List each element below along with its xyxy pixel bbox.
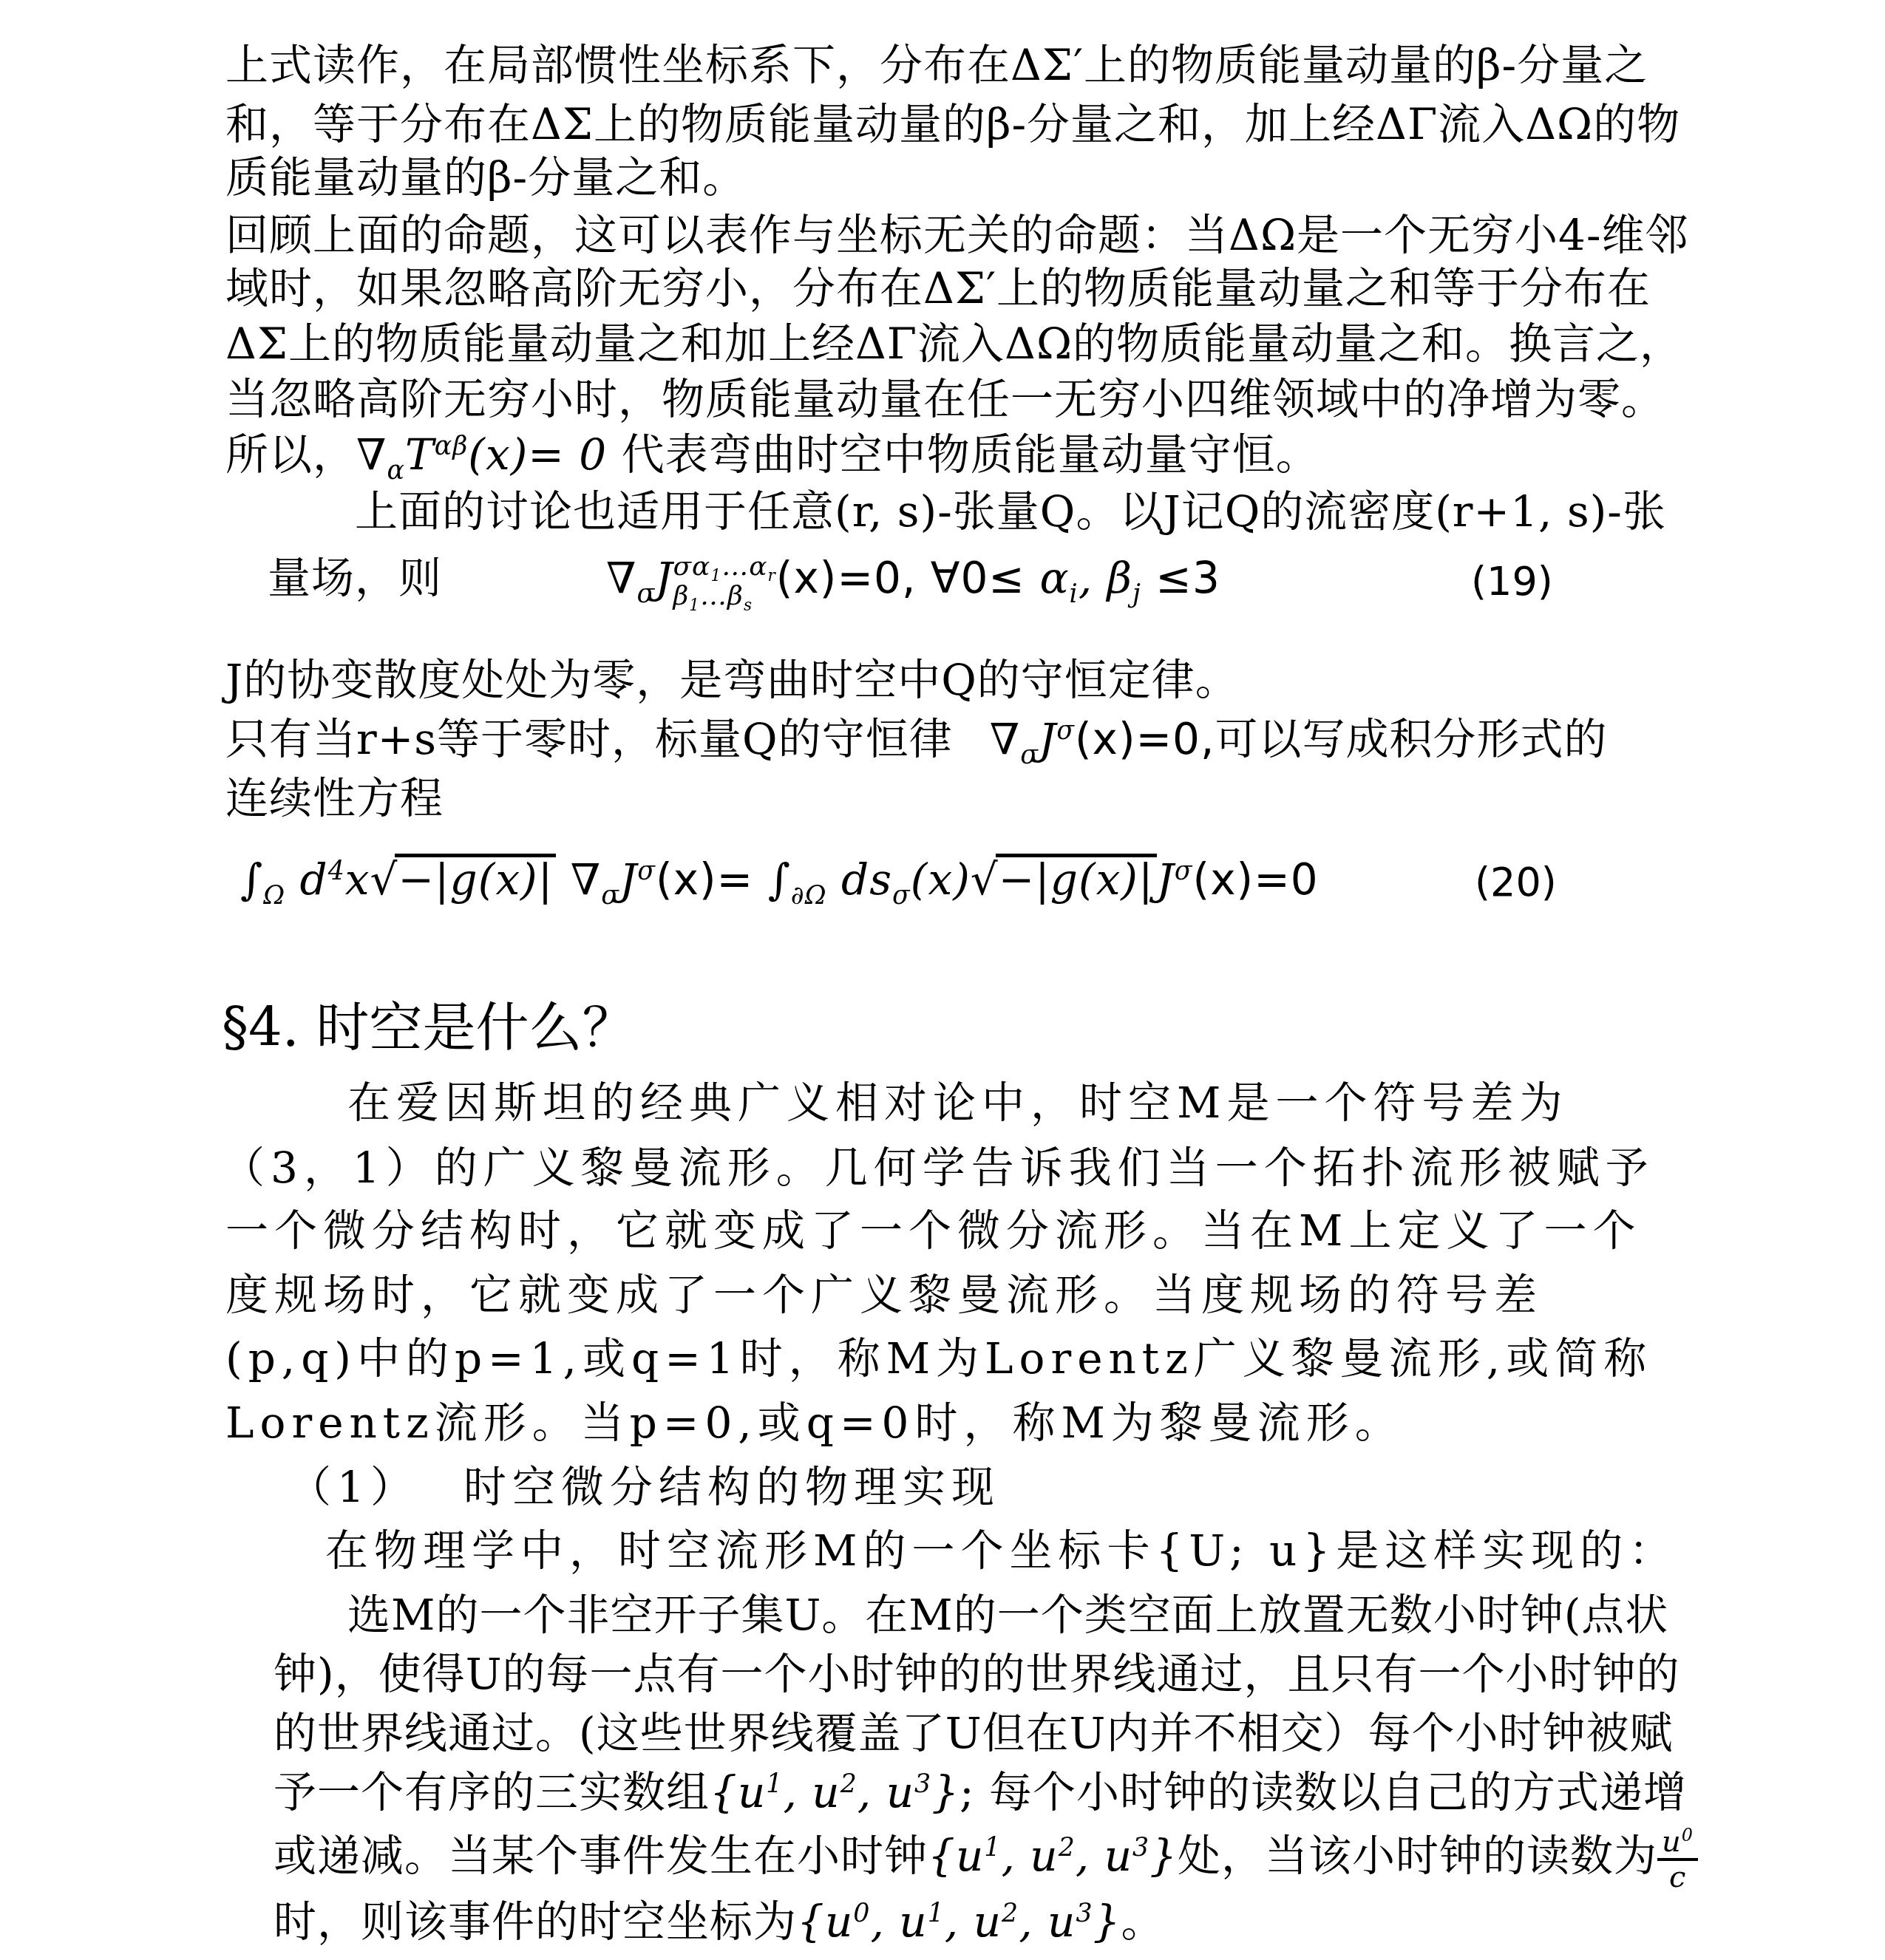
text-prefix: 或递减。当某个事件发生在小时钟: [274, 1831, 928, 1881]
text-line: 连续性方程: [225, 769, 444, 828]
text-line: 只有当r+s等于零时，标量Q的守恒律∇σJσ(x)=0,可以写成积分形式的: [225, 710, 1607, 769]
text-suffix: 。: [1121, 1896, 1164, 1947]
triple-set: {u1, u2, u3}: [710, 1767, 960, 1817]
equation-number: (19): [1471, 558, 1553, 605]
text-line: （3，1）的广义黎曼流形。几何学告诉我们当一个拓扑流形被赋予: [222, 1138, 1654, 1197]
text-line: (p,q)中的p=1,或q=1时，称M为Lorentz广义黎曼流形,或简称: [225, 1329, 1652, 1388]
text-line: ΔΣ上的物质能量动量之和加上经ΔΓ流入ΔΩ的物质能量动量之和。换言之，: [225, 314, 1683, 373]
text-line: 所以，∇αTαβ(x)= 0 代表弯曲时空中物质能量动量守恒。: [225, 425, 1319, 484]
text-line: 予一个有序的三实数组{u1, u2, u3}; 每个小时钟的读数以自己的方式递增: [274, 1763, 1687, 1822]
text-line: 量场，则: [268, 548, 442, 608]
text-line: 在爱因斯坦的经典广义相对论中，时空M是一个符号差为: [347, 1073, 1568, 1132]
text-prefix: 时，则该事件的时空坐标为: [274, 1896, 797, 1947]
coordinate-set: {u0, u1, u2, u3}: [797, 1896, 1121, 1947]
formula-tail: (x)=0,: [1075, 714, 1215, 764]
text-line: 上面的讨论也适用于任意(r, s)-张量Q。以J记Q的流密度(r+1, s)-张: [355, 482, 1666, 541]
subsection-heading: （1）时空微分结构的物理实现: [288, 1457, 1000, 1517]
text-suffix: ; 每个小时钟的读数以自己的方式递增: [960, 1767, 1687, 1817]
equation-number: (20): [1475, 859, 1557, 905]
text-line: 的世界线通过。(这些世界线覆盖了U但在U内并不相交）每个小时钟被赋: [274, 1704, 1673, 1763]
text-line: 选M的一个非空开子集U。在M的一个类空面上放置无数小时钟(点状: [347, 1585, 1668, 1644]
equation-20: ∫Ω d4x√−|g(x)| ∇σJσ(x)= ∫∂Ω dsσ(x)√−|g(x…: [240, 850, 1319, 909]
subsection-number: （1）: [288, 1462, 419, 1512]
text-suffix: 处，当该小时钟的读数为: [1178, 1831, 1657, 1881]
text-prefix: 只有当r+s等于零时，标量Q的守恒律: [225, 714, 953, 764]
text-line: 质能量动量的β-分量之和。: [225, 148, 746, 207]
text-line: J的协变散度处处为零，是弯曲时空中Q的守恒定律。: [225, 650, 1239, 710]
text-line: 度规场时，它就变成了一个广义黎曼流形。当度规场的符号差: [225, 1265, 1543, 1324]
text-prefix: 所以，: [225, 429, 356, 480]
text-line: 或递减。当某个事件发生在小时钟{u1, u2, u3}处，当该小时钟的读数为u0…: [274, 1825, 1698, 1893]
text-line: 回顾上面的命题，这可以表作与坐标无关的命题：当ΔΩ是一个无穷小4-维邻: [225, 205, 1688, 265]
text-line: 在物理学中，时空流形M的一个坐标卡{U; u}是这样实现的：: [325, 1521, 1677, 1580]
text-suffix: 代表弯曲时空中物质能量动量守恒。: [622, 429, 1319, 480]
text-line: 上式读作，在局部惯性坐标系下，分布在ΔΣ′上的物质能量动量的β-分量之: [225, 35, 1648, 95]
section-heading: §4. 时空是什么？: [222, 994, 636, 1061]
subsection-title: 时空微分结构的物理实现: [463, 1462, 1000, 1512]
text-line: 时，则该事件的时空坐标为{u0, u1, u2, u3}。: [274, 1892, 1164, 1951]
text-line: 钟)，使得U的每一点有一个小时钟的的世界线通过，且只有一个小时钟的: [274, 1644, 1680, 1704]
text-line: 一个微分结构时，它就变成了一个微分流形。当在M上定义了一个: [225, 1201, 1641, 1260]
text-line: Lorentz流形。当p=0,或q=0时，称M为黎曼流形。: [225, 1393, 1404, 1452]
text-line: 和，等于分布在ΔΣ上的物质能量动量的β-分量之和，加上经ΔΓ流入ΔΩ的物: [225, 95, 1680, 154]
text-line: 域时，如果忽略高阶无穷小，分布在ΔΣ′上的物质能量动量之和等于分布在: [225, 259, 1651, 318]
conservation-formula: ∇αTαβ(x)= 0: [356, 429, 622, 480]
text-suffix: 可以写成积分形式的: [1215, 714, 1607, 764]
fraction-u0-over-c: u0c: [1657, 1825, 1698, 1893]
text-prefix: 予一个有序的三实数组: [274, 1767, 710, 1817]
text-line: 当忽略高阶无穷小时，物质能量动量在任一无穷小四维领域中的净增为零。: [225, 370, 1665, 429]
triple-set: {u1, u2, u3}: [928, 1831, 1178, 1881]
equation-19: ∇σJσα1…αrβ1…βs(x)=0, ∀0≤ αi, βj ≤3: [606, 548, 1220, 611]
